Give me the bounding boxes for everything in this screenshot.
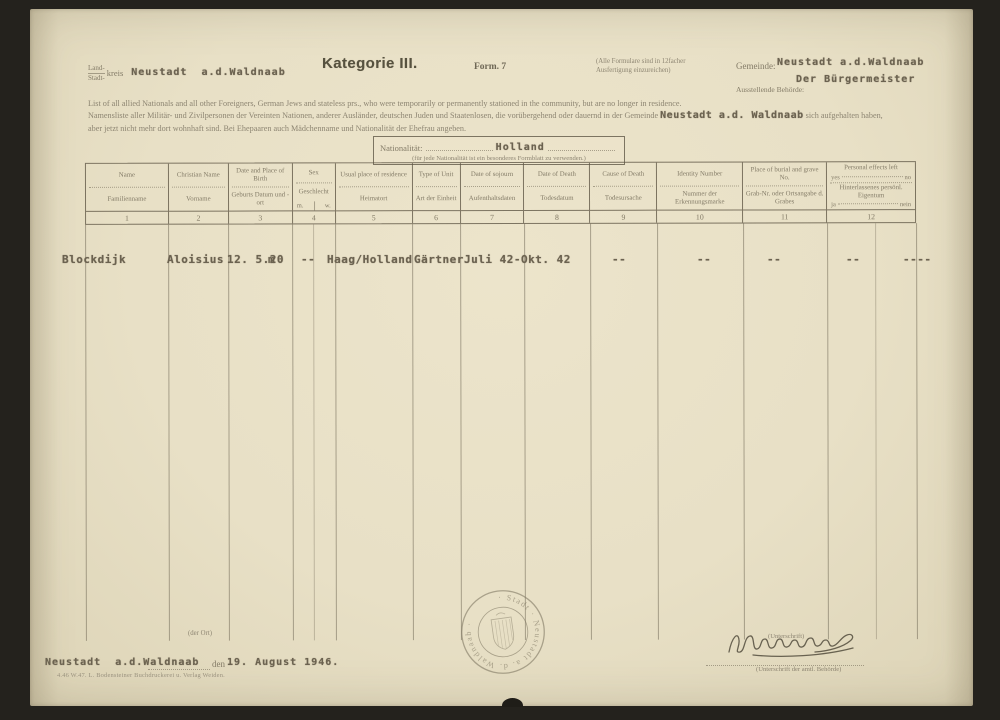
record-table: NameFamilienname1Christian NameVorname2D…: [85, 161, 916, 225]
column-label-de: Art der Einheit: [413, 187, 460, 210]
table-header-row: NameFamilienname1Christian NameVorname2D…: [85, 161, 916, 225]
stamp-coat-of-arms: [490, 612, 515, 651]
column-number: 2: [169, 211, 228, 224]
land-stadt-fraction: Land- Stadt-: [88, 64, 105, 82]
intro-place-typed: Neustadt a.d. Waldnaab: [660, 110, 803, 121]
table-column-line: [292, 224, 294, 640]
column-label-en: Name: [86, 164, 168, 187]
column-label-en: Sex: [293, 163, 335, 182]
row-death-cause: --: [697, 253, 711, 266]
column-label-en: Date of sojourn: [460, 163, 523, 186]
table-column-header-9: Cause of DeathTodesursache9: [590, 163, 657, 223]
intro-german-before: Namensliste aller Militär- und Zivilpers…: [88, 111, 658, 120]
table-column-header-4: SexGeschlechtm.w.4: [293, 163, 336, 223]
place-typed-value: Neustadt a.d.Waldnaab: [45, 657, 199, 668]
column-label-de: Familienname: [86, 188, 168, 211]
table-column-header-6: Type of UnitArt der Einheit6: [413, 163, 461, 223]
table-column-header-3: Date and Place of BirthGeburts Datum und…: [229, 163, 293, 223]
page-title: Kategorie III.: [322, 55, 418, 72]
nationality-box: Nationalität: Holland (für jede National…: [373, 136, 625, 165]
column-label-en: Cause of Death: [590, 163, 656, 186]
copies-note: (Alle Formulare sind in 12facher Ausfert…: [596, 58, 736, 75]
table-column-line: [335, 224, 337, 640]
table-column-line: [313, 224, 315, 640]
paper-sheet: Land- Stadt- kreis Neustadt a.d.Waldnaab…: [30, 9, 973, 706]
table-column-header-12: Personal effects leftyesnoHinterlassenes…: [827, 162, 916, 222]
row-residence: Haag/Holland: [327, 253, 412, 266]
column-label-de: Vorname: [169, 188, 228, 211]
table-column-line: [590, 224, 592, 640]
row-personal-effects: ----: [903, 253, 932, 266]
den-label: den: [212, 659, 225, 669]
column-label-de: Aufenthaltsdaten: [461, 187, 524, 210]
date-typed-value: 19. August 1946.: [227, 657, 339, 668]
table-column-line: [412, 224, 414, 640]
table-column-line: [827, 223, 829, 639]
municipal-stamp: · Stadt · Neustadt a. d. Waldnaab ·: [441, 570, 565, 694]
form-number: Form. 7: [474, 62, 506, 72]
table-column-line: [743, 223, 745, 639]
paper-tear-mark: [502, 698, 523, 707]
column-label-en: Type of Unit: [413, 163, 460, 186]
column-label-de: Geschlecht: [293, 183, 335, 202]
row-sex: m: [268, 253, 275, 266]
table-column-header-1: NameFamilienname1: [86, 164, 169, 224]
stadt-label: Stadt-: [88, 74, 105, 82]
gemeinde-label: Gemeinde:: [736, 61, 776, 71]
column-label-en: Date and Place of Birth: [229, 163, 292, 186]
table-column-line: [657, 224, 659, 640]
column-number: 10: [657, 209, 742, 222]
column-label-en: Date of Death: [524, 163, 589, 186]
signature-handwriting: [723, 624, 873, 666]
table-column-line: [916, 223, 918, 639]
column-label-en: Personal effects left: [827, 162, 915, 173]
column-label-de: Hinterlassenes persönl. Eigentum: [827, 183, 915, 200]
row-death-date: --: [612, 253, 626, 266]
table-column-header-7: Date of sojournAufenthaltsdaten7: [460, 163, 524, 223]
table-column-line: [875, 223, 877, 639]
row-grave: --: [846, 253, 860, 266]
column-number: 9: [590, 210, 656, 223]
kreis-label: kreis: [107, 68, 124, 78]
land-label: Land-: [88, 64, 105, 74]
place-caption: (der Ort): [188, 630, 212, 637]
table-column-header-8: Date of DeathTodesdatum8: [524, 163, 590, 223]
svg-text:· Stadt · Neustadt a. d. Waldn: · Stadt · Neustadt a. d. Waldnaab ·: [459, 588, 548, 676]
intro-line-german: Namensliste aller Militär- und Zivilpers…: [88, 110, 958, 122]
column-number: 12: [827, 209, 915, 222]
intro-line-english: List of all allied Nationals and all oth…: [88, 98, 958, 110]
column-label-de: Todesursache: [590, 187, 656, 210]
row-sojourn-dates: Juli 42-Okt. 42: [464, 253, 571, 266]
row-first-name: Aloisius: [167, 253, 224, 266]
kreis-typed-value: Neustadt a.d.Waldnaab: [131, 67, 285, 78]
header-subrow: m.w.: [293, 201, 335, 210]
column-number: 8: [525, 210, 590, 223]
row-birth-date: 12. 5.20: [227, 253, 284, 266]
column-number: 1: [86, 211, 168, 224]
column-number: 6: [413, 210, 460, 223]
column-label-de: Todesdatum: [524, 187, 589, 210]
header-subrow: yesno: [827, 173, 915, 182]
column-label-de: Nummer der Erkennungsmarke: [657, 186, 742, 209]
nationality-label: Nationalität:: [380, 143, 423, 153]
table-column-line: [168, 225, 170, 641]
leader-dots: [548, 150, 615, 151]
document-scan: { "document": { "title": "Kategorie III.…: [0, 0, 1000, 720]
column-label-de: Geburts Datum und -ort: [229, 187, 292, 210]
table-column-header-11: Place of burial and grave No.Grab-Nr. od…: [743, 162, 827, 222]
kreis-block: Land- Stadt- kreis Neustadt a.d.Waldnaab: [88, 64, 286, 82]
row-sex-w-dash: --: [301, 253, 315, 266]
table-column-header-10: Identity NumberNummer der Erkennungsmark…: [657, 162, 743, 222]
column-number: 4: [293, 210, 335, 223]
column-label-de: Grab-Nr. oder Ortsangabe d. Grabes: [743, 186, 826, 209]
column-label-en: Place of burial and grave No.: [743, 162, 826, 185]
table-column-line: [460, 224, 462, 640]
row-identity-number: --: [767, 253, 781, 266]
column-label-en: Christian Name: [169, 164, 228, 187]
intro-line-german-2: aber jetzt nicht mehr dort wohnhaft sind…: [88, 123, 958, 135]
place-dotted-line: [148, 668, 210, 670]
issuing-authority-label: Ausstellende Behörde:: [736, 85, 804, 94]
intro-paragraph: List of all allied Nationals and all oth…: [88, 98, 958, 135]
leader-dots: [426, 150, 493, 151]
table-column-line: [85, 225, 87, 641]
signature-caption-bottom: (Unterschrift der amtl. Behörde): [756, 666, 841, 673]
nationality-typed-value: Holland: [496, 142, 545, 153]
column-number: 11: [743, 209, 826, 222]
column-number: 3: [229, 210, 292, 223]
printer-imprint: 4.46 W.47. L. Bodensteiner Buchdruckerei…: [57, 672, 225, 679]
column-label-en: Identity Number: [657, 162, 742, 185]
row-unit-occupation: Gärtner: [414, 253, 464, 266]
row-family-name: Blockdijk: [62, 253, 126, 266]
intro-german-after: sich aufgehalten haben,: [806, 111, 883, 120]
column-label-de: Heimatort: [336, 187, 412, 210]
header-subrow: janein: [827, 200, 915, 209]
table-column-header-2: Christian NameVorname2: [169, 164, 229, 224]
table-column-header-5: Usual place of residenceHeimatort5: [336, 163, 413, 223]
stamp-text: · Stadt · Neustadt a. d. Waldnaab ·: [459, 588, 548, 676]
gemeinde-typed-value: Neustadt a.d.Waldnaab: [777, 57, 924, 68]
table-column-line: [228, 225, 230, 641]
column-number: 5: [336, 210, 412, 223]
column-label-en: Usual place of residence: [336, 163, 412, 186]
column-number: 7: [461, 210, 524, 223]
mayor-typed: Der Bürgermeister: [796, 74, 915, 85]
